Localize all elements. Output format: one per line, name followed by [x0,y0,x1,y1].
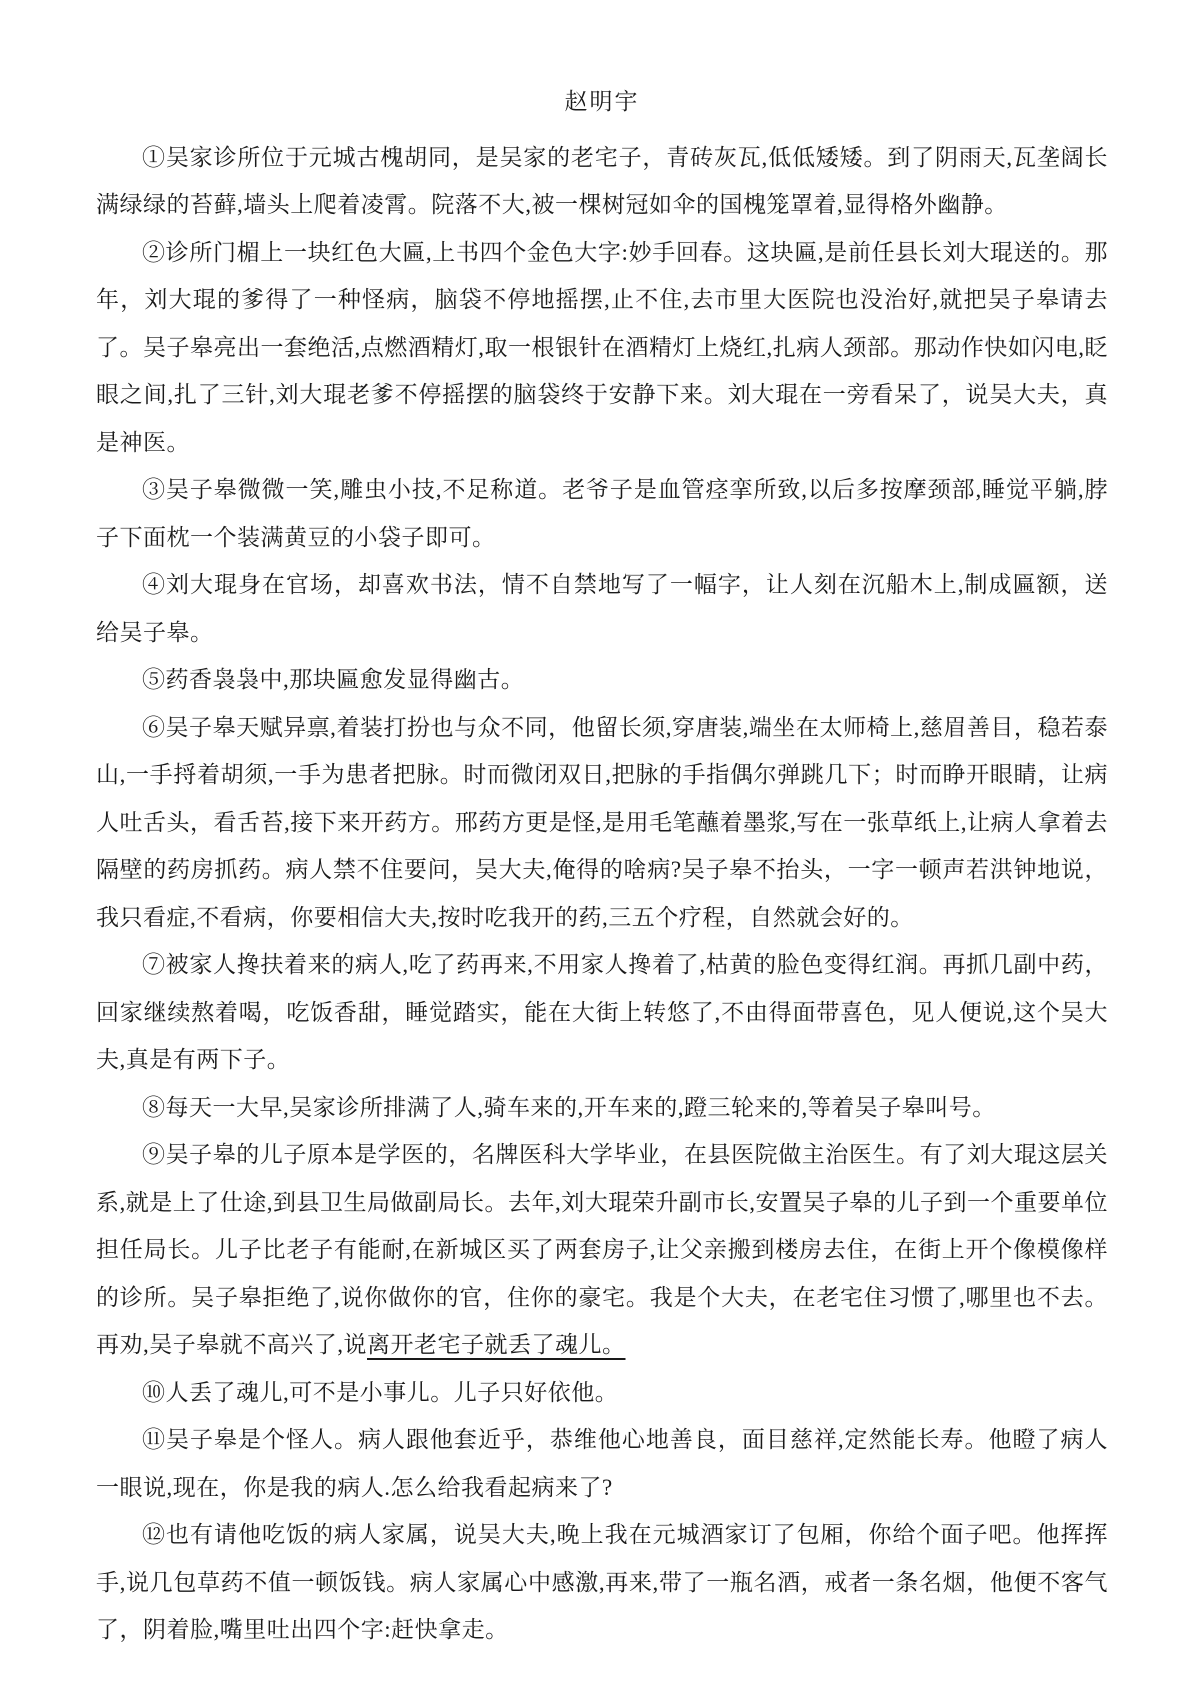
document-page: 赵明宇 ①吴家诊所位于元城古槐胡同，是吴家的老宅子，青砖灰瓦,低低矮矮。到了阴雨… [0,0,1200,1698]
paragraph-1: ①吴家诊所位于元城古槐胡同，是吴家的老宅子，青砖灰瓦,低低矮矮。到了阴雨天,瓦垄… [96,134,1108,229]
paragraph-8: ⑧每天一大早,吴家诊所排满了人,骑车来的,开车来的,蹬三轮来的,等着吴子皋叫号。 [96,1084,1108,1132]
document-content: 赵明宇 ①吴家诊所位于元城古槐胡同，是吴家的老宅子，青砖灰瓦,低低矮矮。到了阴雨… [96,78,1108,1654]
paragraph-3: ③吴子皋微微一笑,雕虫小技,不足称道。老爷子是血管痉挛所致,以后多按摩颈部,睡觉… [96,466,1108,561]
paragraph-10: ⑩人丢了魂儿,可不是小事儿。儿子只好依他。 [96,1369,1108,1417]
paragraph-7: ⑦被家人搀扶着来的病人,吃了药再来,不用家人搀着了,枯黄的脸色变得红润。再抓几副… [96,941,1108,1084]
paragraph-2: ②诊所门楣上一块红色大匾,上书四个金色大字:妙手回春。这块匾,是前任县长刘大琨送… [96,229,1108,467]
paragraph-6: ⑥吴子皋天赋异禀,着装打扮也与众不同，他留长须,穿唐装,端坐在太师椅上,慈眉善目… [96,704,1108,942]
paragraph-9-text: ⑨吴子皋的儿子原本是学医的，名牌医科大学毕业，在县医院做主治医生。有了刘大琨这层… [96,1142,1108,1357]
paragraph-11: ⑪吴子皋是个怪人。病人跟他套近乎，恭维他心地善良，面目慈祥,定然能长寿。他瞪了病… [96,1416,1108,1511]
author-title: 赵明宇 [96,78,1108,126]
paragraph-12: ⑫也有请他吃饭的病人家属，说吴大夫,晚上我在元城酒家订了包厢，你给个面子吧。他挥… [96,1511,1108,1654]
paragraph-5: ⑤药香袅袅中,那块匾愈发显得幽古。 [96,656,1108,704]
paragraph-9: ⑨吴子皋的儿子原本是学医的，名牌医科大学毕业，在县医院做主治医生。有了刘大琨这层… [96,1131,1108,1369]
paragraph-4: ④刘大琨身在官场，却喜欢书法，情不自禁地写了一幅字，让人刻在沉船木上,制成匾额，… [96,561,1108,656]
paragraph-9-underlined-sentence: 离开老宅子就丢了魂儿。 [367,1332,626,1357]
